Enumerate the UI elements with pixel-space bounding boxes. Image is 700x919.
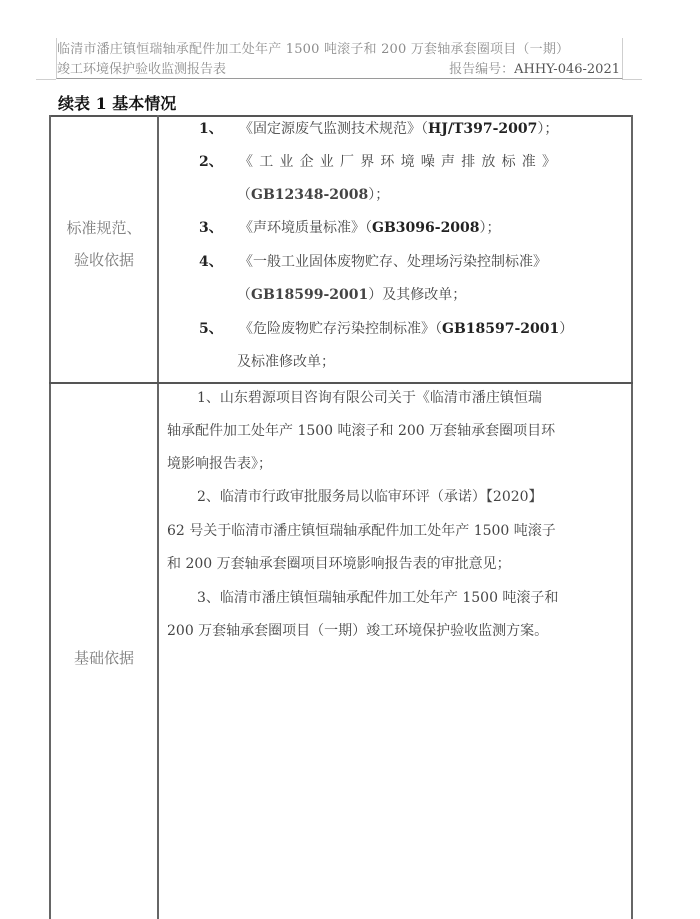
standard-item-continuation: （GB12348-2008）； — [237, 184, 389, 204]
standard-suffix: ）； — [480, 220, 501, 236]
basis-line: 和 200 万套轴承套圈项目环境影响报告表的审批意见； — [167, 553, 625, 573]
standard-title: 《一般工业固体废物贮存、处理场污染控制标准》 — [239, 254, 547, 270]
standard-suffix: ） — [559, 321, 573, 337]
table-border-right — [631, 115, 633, 919]
basic-info-table: 标准规范、 验收依据 1、《固定源废气监测技术规范》（HJ/T397-2007）… — [49, 115, 633, 919]
standard-prefix: （ — [237, 187, 251, 203]
row-label-line: 标准规范、 — [51, 212, 157, 244]
report-number-label: 报告编号： — [449, 62, 514, 77]
item-number: 4、 — [199, 251, 239, 271]
report-number-value: AHHY-046-2021 — [514, 62, 620, 77]
basis-line: 3、临清市潘庄镇恒瑞轴承配件加工处年产 1500 吨滚子和 — [197, 587, 625, 607]
standard-title: 《危险废物贮存污染控制标准》（ — [239, 321, 442, 337]
basis-line: 2、临清市行政审批服务局以临审环评（承诺）【2020】 — [197, 486, 625, 506]
standard-item-continuation: 及标准修改单； — [237, 351, 335, 371]
standards-list: 1、《固定源废气监测技术规范》（HJ/T397-2007）； 2、《工业企业厂界… — [159, 115, 631, 382]
basis-line: 境影响报告表》； — [167, 453, 625, 473]
basis-list: 1、山东碧源项目咨询有限公司关于《临清市潘庄镇恒瑞 轴承配件加工处年产 1500… — [159, 384, 631, 919]
standard-code: GB12348-2008 — [251, 187, 368, 203]
header-report-type: 竣工环境保护验收监测报告表 — [57, 58, 226, 77]
standard-suffix: ）及其修改单； — [368, 287, 466, 303]
standard-prefix: （ — [237, 287, 251, 303]
standard-item-continuation: （GB18599-2001）及其修改单； — [237, 284, 466, 304]
header-report-number: 报告编号：AHHY-046-2021 — [449, 58, 620, 77]
header-corner-mark-left — [36, 79, 56, 80]
basis-line: 200 万套轴承套圈项目（一期）竣工环境保护验收监测方案。 — [167, 620, 625, 640]
item-number: 3、 — [199, 217, 239, 237]
standard-title: 《工业企业厂界环境噪声排放标准》 — [239, 154, 562, 170]
standard-suffix: ）； — [368, 187, 389, 203]
standard-suffix: 及标准修改单； — [237, 354, 335, 370]
table-title: 续表 1 基本情况 — [58, 91, 176, 114]
standard-title: 《固定源废气监测技术规范》（ — [239, 121, 428, 137]
standard-item: 3、《声环境质量标准》（GB3096-2008）； — [199, 217, 501, 237]
page-header: 临清市潘庄镇恒瑞轴承配件加工处年产 1500 吨滚子和 200 万套轴承套圈项目… — [56, 38, 623, 79]
basis-line: 1、山东碧源项目咨询有限公司关于《临清市潘庄镇恒瑞 — [197, 387, 625, 407]
basis-line: 62 号关于临清市潘庄镇恒瑞轴承配件加工处年产 1500 吨滚子 — [167, 520, 625, 540]
standard-code: HJ/T397-2007 — [428, 121, 537, 137]
row-label-basis: 基础依据 — [51, 642, 157, 674]
standard-item: 2、《工业企业厂界环境噪声排放标准》 — [199, 151, 562, 171]
row-label-line: 验收依据 — [51, 244, 157, 276]
standard-suffix: ）； — [537, 121, 558, 137]
item-number: 5、 — [199, 318, 239, 338]
standard-item: 1、《固定源废气监测技术规范》（HJ/T397-2007）； — [199, 118, 558, 138]
item-number: 2、 — [199, 151, 239, 171]
standard-code: GB18599-2001 — [251, 287, 368, 303]
row-label-standards: 标准规范、 验收依据 — [51, 212, 157, 276]
header-project-title: 临清市潘庄镇恒瑞轴承配件加工处年产 1500 吨滚子和 200 万套轴承套圈项目… — [57, 38, 569, 57]
item-number: 1、 — [199, 118, 239, 138]
standard-item: 4、《一般工业固体废物贮存、处理场污染控制标准》 — [199, 251, 547, 271]
standard-code: GB18597-2001 — [442, 321, 559, 337]
standard-title: 《声环境质量标准》（ — [239, 220, 372, 236]
header-corner-mark-right — [622, 79, 642, 80]
basis-line: 轴承配件加工处年产 1500 吨滚子和 200 万套轴承套圈项目环 — [167, 420, 625, 440]
standard-item: 5、《危险废物贮存污染控制标准》（GB18597-2001） — [199, 318, 573, 338]
standard-code: GB3096-2008 — [372, 220, 480, 236]
